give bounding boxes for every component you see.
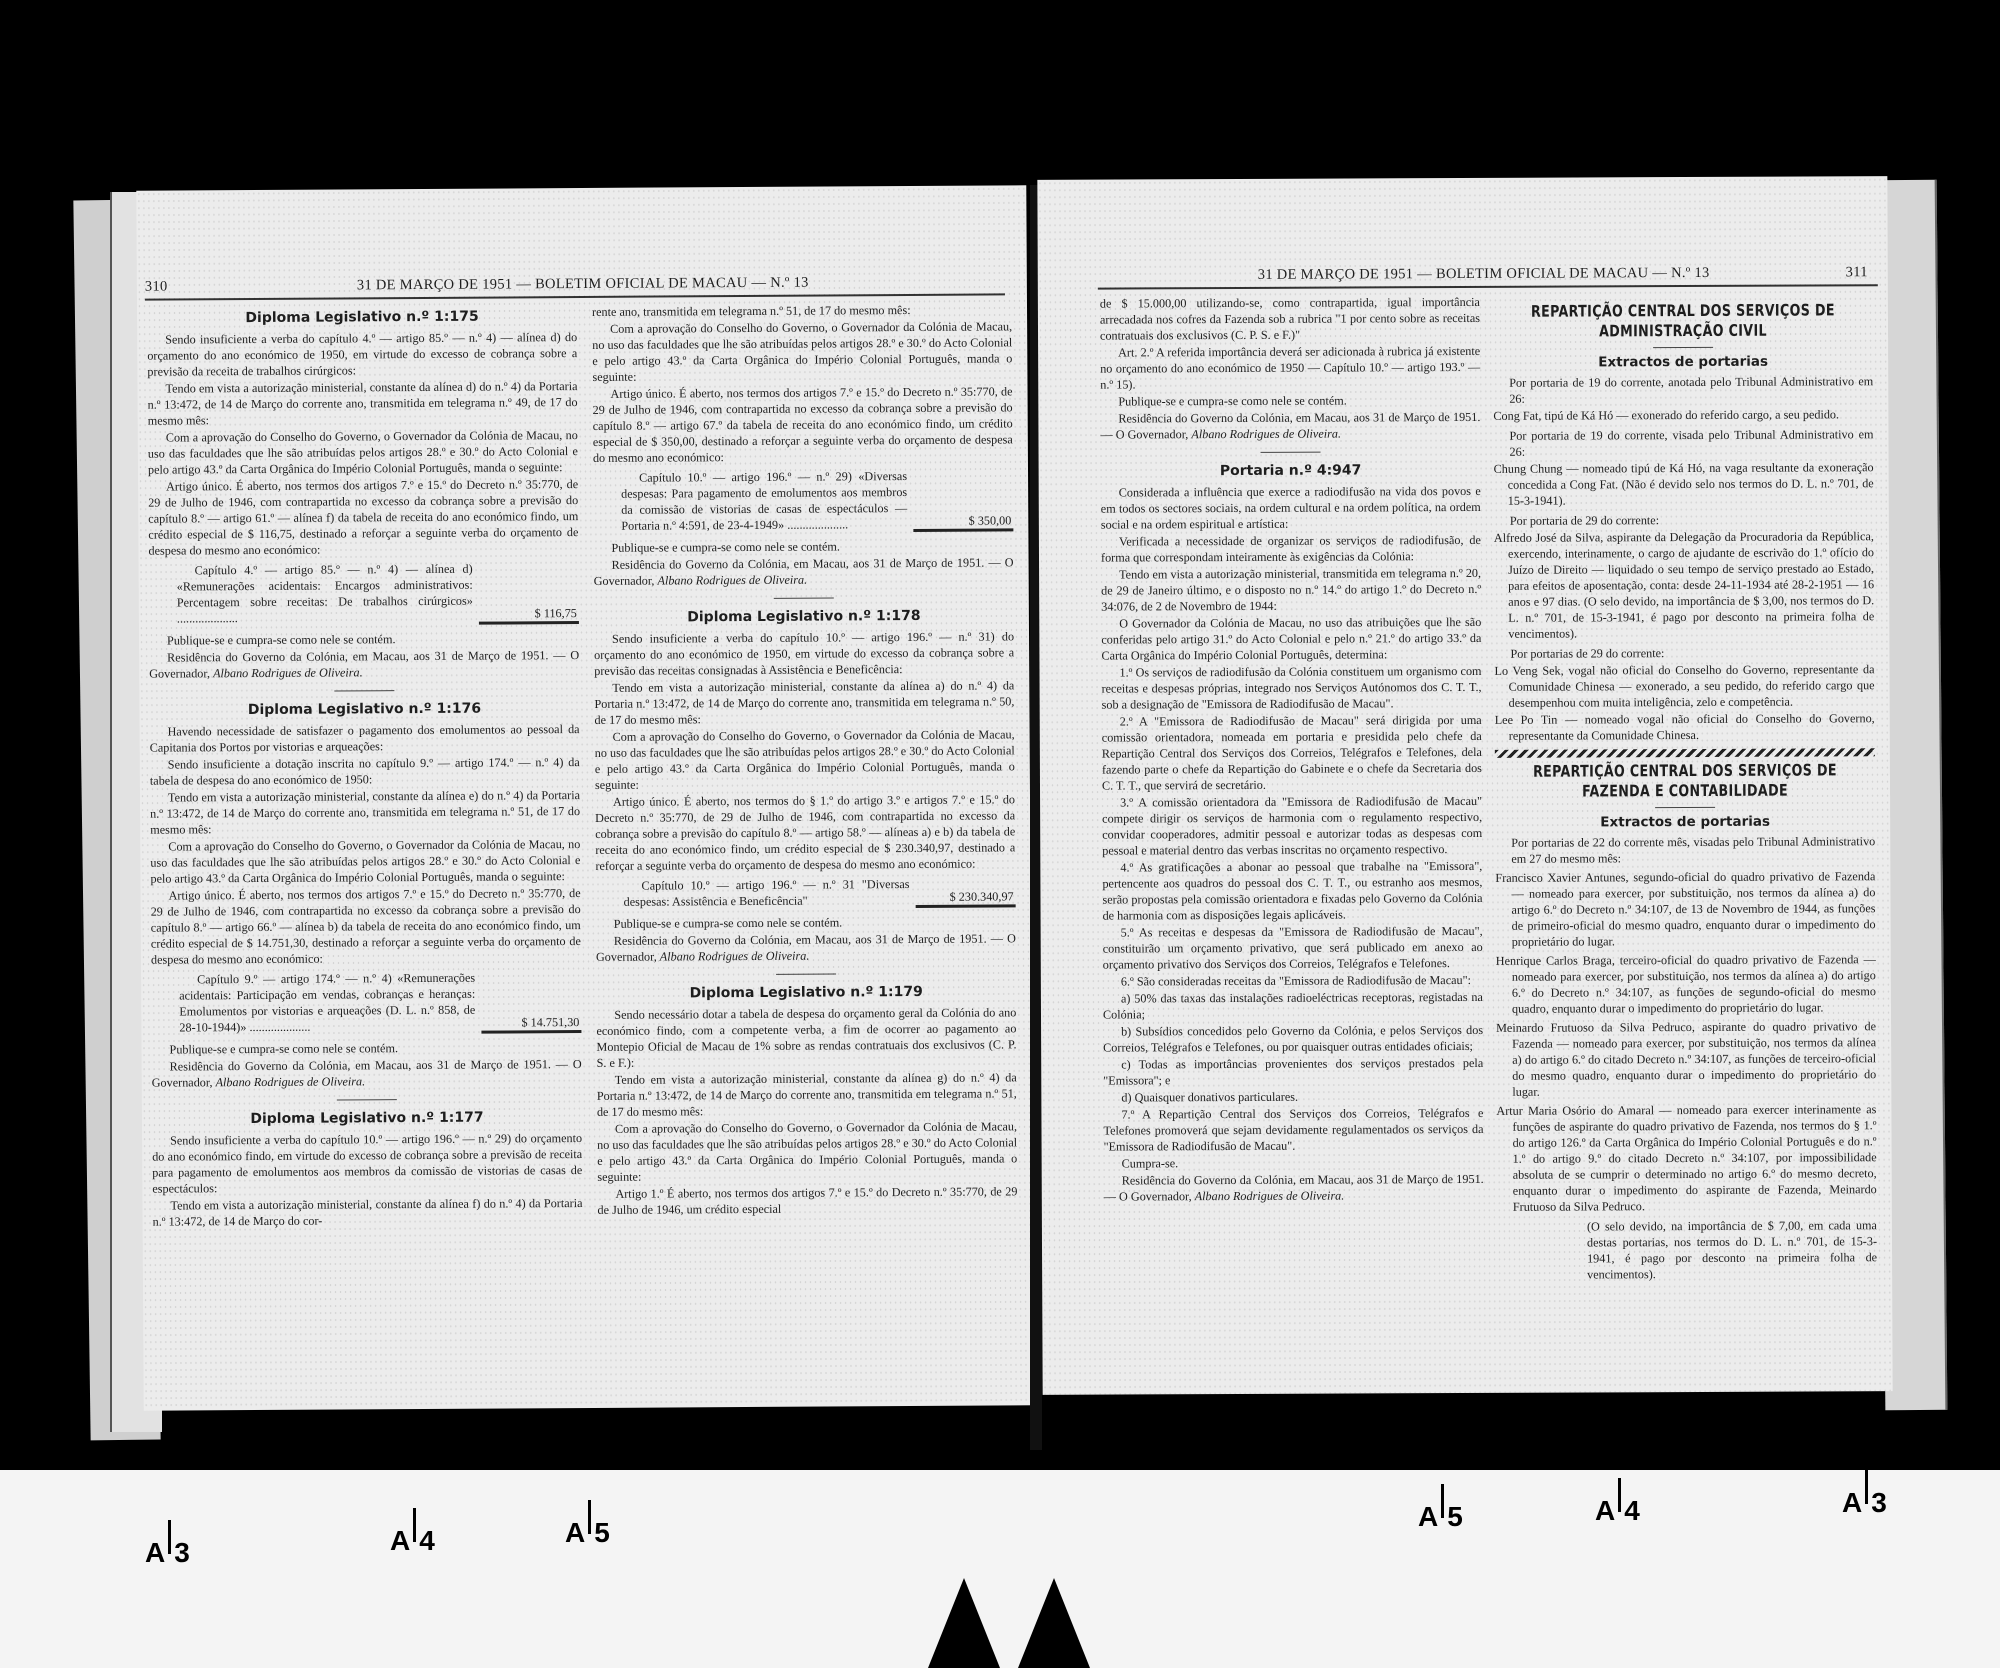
center-triangle-left [928, 1578, 1000, 1668]
paragraph: Com a aprovação do Conselho do Governo, … [150, 836, 580, 887]
mark-label: A5 [565, 1517, 610, 1548]
budget-amount: $ 116,75 [479, 605, 579, 625]
numbered-item: 1.º Os serviços de radiodifusão da Colón… [1101, 663, 1481, 713]
signature: Albano Rodrigues de Oliveira. [213, 665, 363, 680]
extract-entry: Francisco Xavier Antunes, segundo-oficia… [1495, 868, 1875, 950]
residence-line: Residência do Governo da Colónia, em Mac… [1100, 409, 1480, 443]
extract-entry: Alfredo José da Silva, aspirante da Dele… [1494, 528, 1874, 642]
mark-label: A3 [1842, 1487, 1887, 1518]
paragraph: Artigo único. É aberto, nos termos dos a… [151, 885, 581, 968]
paragraph: Com a aprovação do Conselho do Governo, … [148, 427, 578, 478]
budget-amount: $ 350,00 [913, 512, 1013, 532]
separator [334, 690, 394, 691]
paragraph: Artigo único. É aberto, nos termos dos a… [592, 383, 1012, 466]
paragraph: Artigo 1.º É aberto, nos termos dos arti… [597, 1183, 1017, 1218]
residence-line: Residência do Governo da Colónia, em Mac… [596, 930, 1016, 965]
microfilm-scale-bar: A3 A4 A5 A5 A4 A3 [0, 1470, 2000, 1668]
paragraph: Artigo único. É aberto, nos termos do § … [595, 791, 1015, 874]
left-column-1: Diploma Legislativo n.º 1:175 Sendo insu… [147, 304, 583, 1231]
extract-entry: Henrique Carlos Braga, terceiro-oficial … [1496, 951, 1876, 1017]
publish-clause: Publique-se e cumpra-se como nele se con… [1100, 392, 1480, 410]
microfilm-mark: A4 [390, 1508, 435, 1557]
paragraph: Com a aprovação do Conselho do Governo, … [597, 1118, 1017, 1185]
running-head: 310 31 DE MARÇO DE 1951 — BOLETIM OFICIA… [137, 273, 1027, 304]
budget-description: Capítulo 4.º — artigo 85.º — n.º 4) — al… [149, 561, 479, 627]
numbered-item: 6.º São consideradas receitas da "Emisso… [1103, 972, 1483, 990]
numbered-item: 2.º A "Emissora de Radiodifusão de Macau… [1102, 712, 1482, 794]
paragraph: Verificada a necessidade de organizar os… [1101, 532, 1481, 566]
paragraph: Tendo em vista a autorização ministerial… [597, 1069, 1017, 1120]
publish-clause: Publique-se e cumpra-se como nele se con… [149, 630, 579, 649]
residence-line: Residência do Governo da Colónia, em Mac… [594, 554, 1014, 589]
cumpra-clause: Cumpra-se. [1104, 1154, 1484, 1172]
paragraph: Sendo insuficiente a dotação inscrita no… [150, 754, 580, 789]
separator [1655, 807, 1715, 808]
civil-administration-heading: REPARTIÇÃO CENTRAL DOS SERVIÇOS DE ADMIN… [1516, 300, 1851, 341]
signature: Albano Rodrigues de Oliveira. [215, 1074, 365, 1089]
extracts-subheading: Extractos de portarias [1495, 813, 1875, 831]
budget-line: Capítulo 9.º — artigo 174.º — n.º 4) «Re… [151, 969, 581, 1036]
running-title: 31 DE MARÇO DE 1951 — BOLETIM OFICIAL DE… [1258, 265, 1710, 284]
residence-line: Residência do Governo da Colónia, em Mac… [152, 1056, 582, 1091]
extract-entry: Lee Po Tin — nomeado vogal não oficial d… [1495, 710, 1875, 744]
diploma-1178-heading: Diploma Legislativo n.º 1:178 [594, 607, 1014, 626]
extract-entry: Chung Chung — nomeado tipú de Ká Hó, na … [1494, 459, 1874, 509]
extracts-subheading: Extractos de portarias [1493, 353, 1873, 371]
extract-intro: Por portaria de 29 do corrente: [1494, 511, 1874, 529]
budget-description: Capítulo 10.º — artigo 196.º — n.º 31 "D… [595, 876, 915, 910]
budget-description: Capítulo 10.º — artigo 196.º — n.º 29) «… [593, 468, 913, 534]
separator [1261, 452, 1321, 453]
numbered-item: 3.º A comissão orientadora da "Emissora … [1102, 793, 1482, 859]
sub-item: c) Todas as importâncias provenientes do… [1103, 1055, 1483, 1089]
microfilm-mark: A5 [565, 1500, 610, 1549]
paragraph: rente ano, transmitida em telegrama n.º … [592, 301, 1012, 320]
extract-intro: Por portarias de 29 do corrente: [1494, 644, 1874, 662]
paragraph: Tendo em vista a autorização ministerial… [594, 677, 1014, 728]
numbered-item: 5.º As receitas e despesas da "Emissora … [1103, 923, 1483, 973]
paragraph: Com a aprovação do Conselho do Governo, … [592, 318, 1012, 385]
paragraph: O Governador da Colónia de Macau, no uso… [1101, 614, 1481, 664]
mark-label: A4 [390, 1525, 435, 1556]
mark-label: A5 [1418, 1501, 1463, 1532]
extract-entry: Cong Fat, tipú de Ká Hó — exonerado do r… [1493, 406, 1873, 424]
diploma-1176-heading: Diploma Legislativo n.º 1:176 [149, 700, 579, 719]
numbered-item: 4.º As gratificações a abonar ao pessoal… [1102, 858, 1482, 924]
paragraph: Tendo em vista a autorização ministerial… [1101, 565, 1481, 615]
extract-intro: Por portaria de 19 do corrente, anotada … [1493, 373, 1873, 407]
paragraph: Sendo insuficiente a verba do capítulo 1… [594, 628, 1014, 679]
paragraph: Tendo em vista a autorização ministerial… [150, 787, 580, 838]
center-triangle-right [1018, 1578, 1090, 1668]
extract-entry: Meinardo Frutuoso da Silva Pedruco, aspi… [1496, 1018, 1876, 1100]
paragraph: Havendo necessidade de satisfazer o paga… [150, 721, 580, 756]
diploma-1177-heading: Diploma Legislativo n.º 1:177 [152, 1109, 582, 1128]
publish-clause: Publique-se e cumpra-se como nele se con… [596, 913, 1016, 932]
mark-label: A3 [145, 1537, 190, 1568]
extract-entry: Lo Veng Sek, vogal não oficial do Consel… [1494, 661, 1874, 711]
running-head: 31 DE MARÇO DE 1951 — BOLETIM OFICIAL DE… [1038, 264, 1888, 294]
left-page: 310 31 DE MARÇO DE 1951 — BOLETIM OFICIA… [136, 185, 1033, 1410]
zigzag-divider [1495, 748, 1875, 758]
fazenda-heading: REPARTIÇÃO CENTRAL DOS SERVIÇOS DE FAZEN… [1518, 760, 1853, 801]
right-column-2: REPARTIÇÃO CENTRAL DOS SERVIÇOS DE ADMIN… [1493, 292, 1877, 1284]
numbered-item: 7.º A Repartição Central dos Serviços do… [1103, 1105, 1483, 1155]
paragraph: Sendo insuficiente a verba do capítulo 4… [147, 329, 577, 380]
paragraph: Tendo em vista a autorização ministerial… [152, 1195, 582, 1230]
paragraph: de $ 15.000,00 utilizando-se, como contr… [1100, 294, 1480, 344]
publish-clause: Publique-se e cumpra-se como nele se con… [593, 537, 1013, 556]
budget-line: Capítulo 4.º — artigo 85.º — n.º 4) — al… [149, 560, 579, 627]
page-number: 310 [145, 279, 168, 296]
microfilm-mark: A3 [1842, 1470, 1887, 1519]
separator [774, 597, 834, 598]
signature: Albano Rodrigues de Oliveira. [660, 949, 810, 964]
page-number: 311 [1846, 264, 1868, 281]
budget-line: Capítulo 10.º — artigo 196.º — n.º 29) «… [593, 467, 1013, 534]
mark-label: A4 [1595, 1495, 1640, 1526]
extract-intro: Por portarias de 22 do corrente mês, vis… [1495, 833, 1875, 867]
paragraph: Tendo em vista a autorização ministerial… [147, 378, 577, 429]
diploma-1179-heading: Diploma Legislativo n.º 1:179 [596, 983, 1016, 1002]
signature: Albano Rodrigues de Oliveira. [1195, 1189, 1345, 1204]
sub-item: b) Subsídios concedidos pelo Governo da … [1103, 1022, 1483, 1056]
budget-amount: $ 230.340,97 [916, 888, 1016, 908]
portaria-heading: Portaria n.º 4:947 [1101, 462, 1481, 480]
budget-description: Capítulo 9.º — artigo 174.º — n.º 4) «Re… [151, 970, 481, 1036]
paragraph: Considerada a influência que exerce a ra… [1101, 483, 1481, 533]
extract-intro: Por portaria de 19 do corrente, visada p… [1493, 426, 1873, 460]
microfilm-mark: A4 [1595, 1478, 1640, 1527]
budget-line: Capítulo 10.º — artigo 196.º — n.º 31 "D… [595, 875, 1015, 910]
microfilm-mark: A5 [1418, 1484, 1463, 1533]
diploma-1175-heading: Diploma Legislativo n.º 1:175 [147, 308, 577, 327]
paragraph: Sendo insuficiente a verba do capítulo 1… [152, 1130, 582, 1197]
sub-item: a) 50% das taxas das instalações radioel… [1103, 989, 1483, 1023]
paragraph: Artigo único. É aberto, nos termos dos a… [148, 476, 578, 559]
microfilm-mark: A3 [145, 1520, 190, 1569]
residence-line: Residência do Governo da Colónia, em Mac… [149, 647, 579, 682]
stamp-note: (O selo devido, na importância de $ 7,00… [1497, 1217, 1877, 1283]
right-page: 31 DE MARÇO DE 1951 — BOLETIM OFICIAL DE… [1037, 176, 1892, 1395]
signature: Albano Rodrigues de Oliveira. [1191, 427, 1341, 442]
separator [337, 1099, 397, 1100]
left-column-2: rente ano, transmitida em telegrama n.º … [592, 301, 1018, 1219]
paragraph: Com a aprovação do Conselho do Governo, … [595, 726, 1015, 793]
separator [776, 973, 836, 974]
separator [1653, 347, 1713, 348]
residence-line: Residência do Governo da Colónia, em Mac… [1104, 1171, 1484, 1205]
paragraph: Art. 2.º A referida importância deverá s… [1100, 343, 1480, 393]
right-column-1: de $ 15.000,00 utilizando-se, como contr… [1100, 294, 1484, 1206]
signature: Albano Rodrigues de Oliveira. [657, 573, 807, 588]
running-title: 31 DE MARÇO DE 1951 — BOLETIM OFICIAL DE… [357, 275, 809, 295]
paragraph: Sendo necessário dotar a tabela de despe… [596, 1004, 1016, 1071]
publish-clause: Publique-se e cumpra-se como nele se con… [151, 1039, 581, 1058]
extract-entry: Artur Maria Osório do Amaral — nomeado p… [1496, 1101, 1876, 1215]
sub-item: d) Quaisquer donativos particulares. [1103, 1088, 1483, 1106]
budget-amount: $ 14.751,30 [481, 1014, 581, 1034]
